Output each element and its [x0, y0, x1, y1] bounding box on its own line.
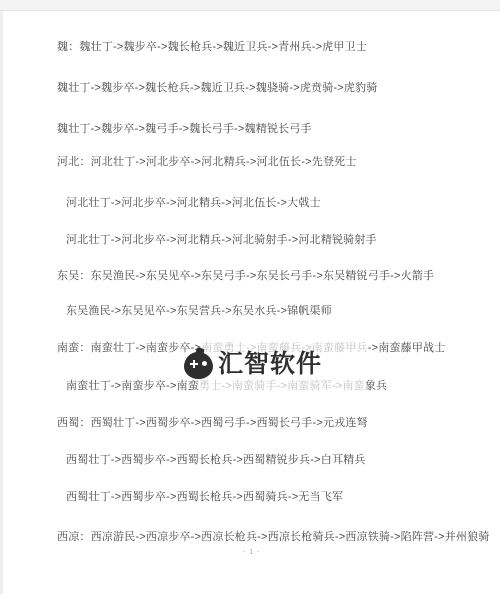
- unit-progression-line: 魏：魏壮丁->魏步卒->魏长枪兵->魏近卫兵->青州兵->虎甲卫士: [57, 40, 367, 54]
- unit-progression-line: 西凉：西凉游民->西凉步卒->西凉长枪兵->西凉长枪骑兵->西凉铁骑->陷阵营-…: [57, 530, 490, 544]
- text-segment: 象兵: [365, 380, 387, 392]
- text-segment: 河北壮丁->河北步卒->河北精兵->河北伍长->大戟士: [66, 197, 321, 209]
- unit-progression-line: 河北壮丁->河北步卒->河北精兵->河北伍长->大戟士: [66, 196, 321, 210]
- text-segment: 南蛮壮丁->南蛮步卒->南蛮: [66, 380, 199, 392]
- unit-progression-line: 东吴：东吴渔民->东吴见卒->东吴弓手->东吴长弓手->东吴精锐弓手->火箭手: [57, 269, 434, 283]
- text-segment: 西凉：西凉游民->西凉步卒->西凉长枪兵->西凉长枪骑兵->西凉铁骑->陷阵营-…: [57, 531, 490, 543]
- faded-text-segment: 勇士->南蛮骑手->南蛮骑军->南蛮: [199, 380, 365, 392]
- text-segment: 西蜀壮丁->西蜀步卒->西蜀长枪兵->西蜀骑兵->无当飞军: [66, 491, 343, 503]
- text-segment: 东吴：东吴渔民->东吴见卒->东吴弓手->东吴长弓手->东吴精锐弓手->火箭手: [57, 270, 434, 282]
- unit-progression-line: 西蜀：西蜀壮丁->西蜀步卒->西蜀弓手->西蜀长弓手->元戎连弩: [57, 416, 368, 430]
- text-segment: 西蜀：西蜀壮丁->西蜀步卒->西蜀弓手->西蜀长弓手->元戎连弩: [57, 417, 368, 429]
- unit-progression-line: 东吴渔民->东吴见卒->东吴营兵->东吴水兵->锦帆渠师: [66, 304, 332, 318]
- text-segment: 魏壮丁->魏步卒->魏弓手->魏长弓手->魏精锐长弓手: [57, 123, 312, 135]
- unit-progression-line: 魏壮丁->魏步卒->魏长枪兵->魏近卫兵->魏骁骑->虎贲骑->虎豹骑: [57, 81, 378, 95]
- unit-progression-line: 南蛮壮丁->南蛮步卒->南蛮勇士->南蛮骑手->南蛮骑军->南蛮象兵: [66, 379, 387, 393]
- unit-progression-line: 西蜀壮丁->西蜀步卒->西蜀长枪兵->西蜀骑兵->无当飞军: [66, 490, 343, 504]
- logo-stem: [195, 347, 204, 356]
- text-segment: 魏：魏壮丁->魏步卒->魏长枪兵->魏近卫兵->青州兵->虎甲卫士: [57, 41, 367, 53]
- text-segment: 南蛮：南蛮壮丁->南蛮步卒->: [57, 342, 201, 354]
- logo-dot-eye-icon: [202, 361, 207, 366]
- text-segment: ->南蛮藤甲战士: [368, 342, 446, 354]
- watermark: 汇智软件: [184, 349, 322, 379]
- page-top-band: [0, 0, 500, 11]
- page-left-edge: [0, 11, 3, 594]
- text-segment: 魏壮丁->魏步卒->魏长枪兵->魏近卫兵->魏骁骑->虎贲骑->虎豹骑: [57, 82, 378, 94]
- text-segment: 东吴渔民->东吴见卒->东吴营兵->东吴水兵->锦帆渠师: [66, 305, 332, 317]
- text-segment: 西蜀壮丁->西蜀步卒->西蜀长枪兵->西蜀精锐步兵->白耳精兵: [66, 454, 366, 466]
- unit-progression-line: 河北：河北壮丁->河北步卒->河北精兵->河北伍长->先登死士: [57, 155, 357, 169]
- watermark-logo-icon: [184, 352, 213, 379]
- text-segment: 河北壮丁->河北步卒->河北精兵->河北骑射手->河北精锐骑射手: [66, 234, 377, 246]
- unit-progression-line: 魏壮丁->魏步卒->魏弓手->魏长弓手->魏精锐长弓手: [57, 122, 312, 136]
- watermark-text: 汇智软件: [218, 349, 322, 379]
- unit-progression-line: 西蜀壮丁->西蜀步卒->西蜀长枪兵->西蜀精锐步兵->白耳精兵: [66, 453, 366, 467]
- document-page: 魏：魏壮丁->魏步卒->魏长枪兵->魏近卫兵->青州兵->虎甲卫士魏壮丁->魏步…: [0, 0, 500, 594]
- unit-progression-line: 河北壮丁->河北步卒->河北精兵->河北骑射手->河北精锐骑射手: [66, 233, 377, 247]
- text-segment: 河北：河北壮丁->河北步卒->河北精兵->河北伍长->先登死士: [57, 156, 357, 168]
- logo-plus-eye-icon: [190, 363, 198, 365]
- page-number: - 1 -: [243, 549, 260, 556]
